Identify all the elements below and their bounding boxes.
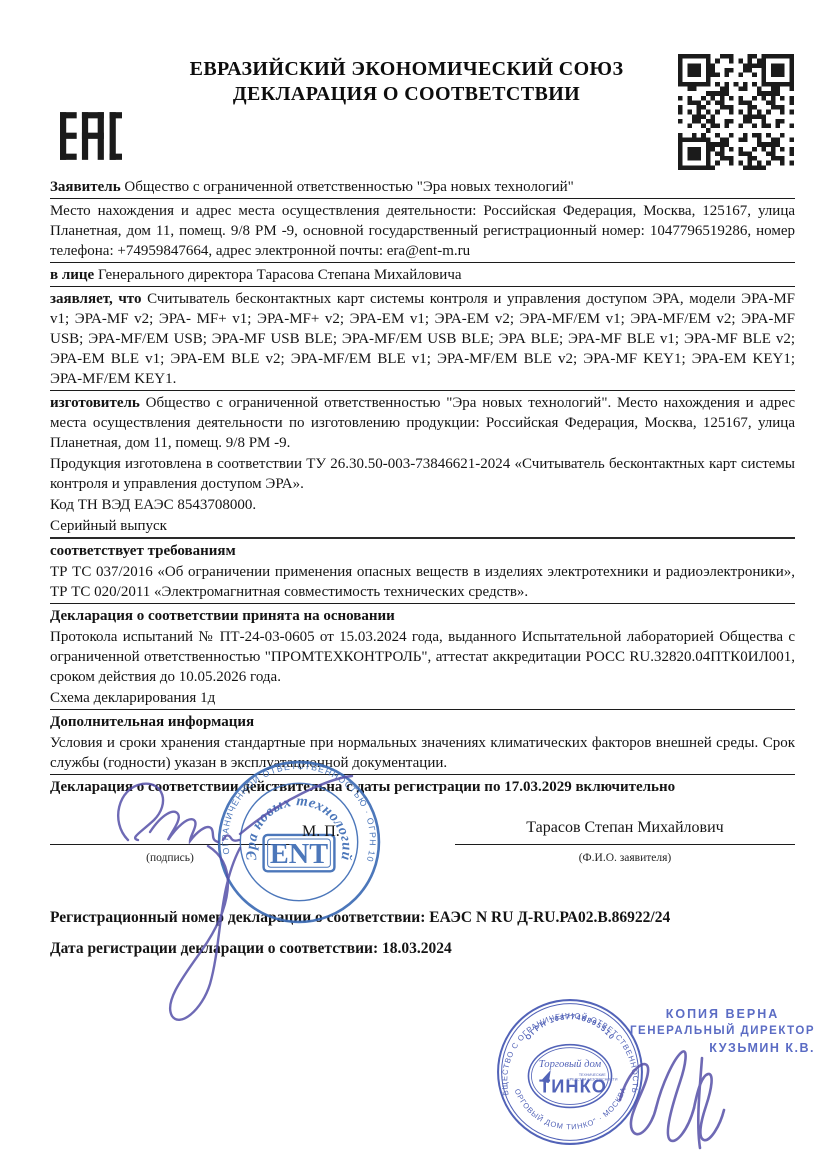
stamp-place-label: М. П. xyxy=(302,822,340,842)
complies-text: ТР ТС 037/2016 «Об ограничении применени… xyxy=(50,562,795,604)
declares-paragraph: заявляет, что Считыватель бесконтактных … xyxy=(50,289,795,391)
produced-line: Продукция изготовлена в соответствии ТУ … xyxy=(50,454,795,495)
applicant-line: Заявитель Общество с ограниченной ответс… xyxy=(50,177,795,199)
registration-date-line: Дата регистрации декларации о соответств… xyxy=(50,939,795,960)
name-line xyxy=(455,844,795,845)
copy-stamp-line1: КОПИЯ ВЕРНА xyxy=(630,1006,815,1023)
manufacturer-paragraph: изготовитель Общество с ограниченной отв… xyxy=(50,393,795,454)
document-title: ЕВРАЗИЙСКИЙ ЭКОНОМИЧЕСКИЙ СОЮЗ ДЕКЛАРАЦИ… xyxy=(140,57,673,107)
registration-date-label: Дата регистрации декларации о соответств… xyxy=(50,940,378,957)
ent-stamp-center-text: ENT xyxy=(270,839,328,870)
qr-code xyxy=(678,54,794,170)
complies-heading: соответствует требованиям xyxy=(50,541,795,562)
copy-stamp-role-right: ДИРЕКТОР xyxy=(741,1023,815,1040)
registration-date-value: 18.03.2024 xyxy=(382,940,452,957)
eac-mark-icon xyxy=(60,106,122,166)
registration-number-value: ЕАЭС N RU Д-RU.РА02.В.86922/24 xyxy=(429,909,670,926)
in-person-label: в лице xyxy=(50,267,94,283)
basis-heading: Декларация о соответствии принята на осн… xyxy=(50,606,795,627)
applicant-label: Заявитель xyxy=(50,179,121,195)
additional-text: Условия и сроки хранения стандартные при… xyxy=(50,733,795,775)
applicant-value: Общество с ограниченной ответственностью… xyxy=(124,179,573,195)
tinko-stamp-script-text: Торговый дом xyxy=(539,1059,602,1070)
signature-area: (подпись) М. П. Тарасов Степан Михайлови… xyxy=(50,798,795,898)
name-caption: (Ф.И.О. заявителя) xyxy=(455,848,795,868)
validity-line: Декларация о соответствии действительна … xyxy=(50,777,795,798)
document-body: Заявитель Общество с ограниченной ответс… xyxy=(50,177,795,960)
title-declaration: ДЕКЛАРАЦИЯ О СООТВЕТСТВИИ xyxy=(140,82,673,107)
basis-text: Протокола испытаний № ПТ-24-03-0605 от 1… xyxy=(50,627,795,688)
applicant-address: Место нахождения и адрес места осуществл… xyxy=(50,201,795,263)
registration-number-line: Регистрационный номер декларации о соотв… xyxy=(50,908,795,929)
manufacturer-label: изготовитель xyxy=(50,395,140,411)
in-person-line: в лице Генерального директора Тарасова С… xyxy=(50,265,795,287)
serial-line: Серийный выпуск xyxy=(50,516,795,539)
additional-heading: Дополнительная информация xyxy=(50,712,795,733)
in-person-value: Генерального директора Тарасова Степана … xyxy=(98,267,462,283)
kuzmin-signature xyxy=(598,1038,748,1158)
scheme-line: Схема декларирования 1д xyxy=(50,688,795,710)
ent-company-stamp: ОБЩЕСТВО С ОГРАНИЧЕННОЙ ОТВЕТСТВЕННОСТЬЮ… xyxy=(213,756,385,928)
declaration-document: ЕВРАЗИЙСКИЙ ЭКОНОМИЧЕСКИЙ СОЮЗ ДЕКЛАРАЦИ… xyxy=(0,0,823,1164)
declares-value: Считыватель бесконтактных карт системы к… xyxy=(50,291,795,387)
applicant-name: Тарасов Степан Михайлович xyxy=(455,818,795,838)
declares-label: заявляет, что xyxy=(50,291,141,307)
tnved-line: Код ТН ВЭД ЕАЭС 8543708000. xyxy=(50,495,795,516)
title-union: ЕВРАЗИЙСКИЙ ЭКОНОМИЧЕСКИЙ СОЮЗ xyxy=(140,57,673,82)
manufacturer-value: Общество с ограниченной ответственностью… xyxy=(50,395,795,451)
